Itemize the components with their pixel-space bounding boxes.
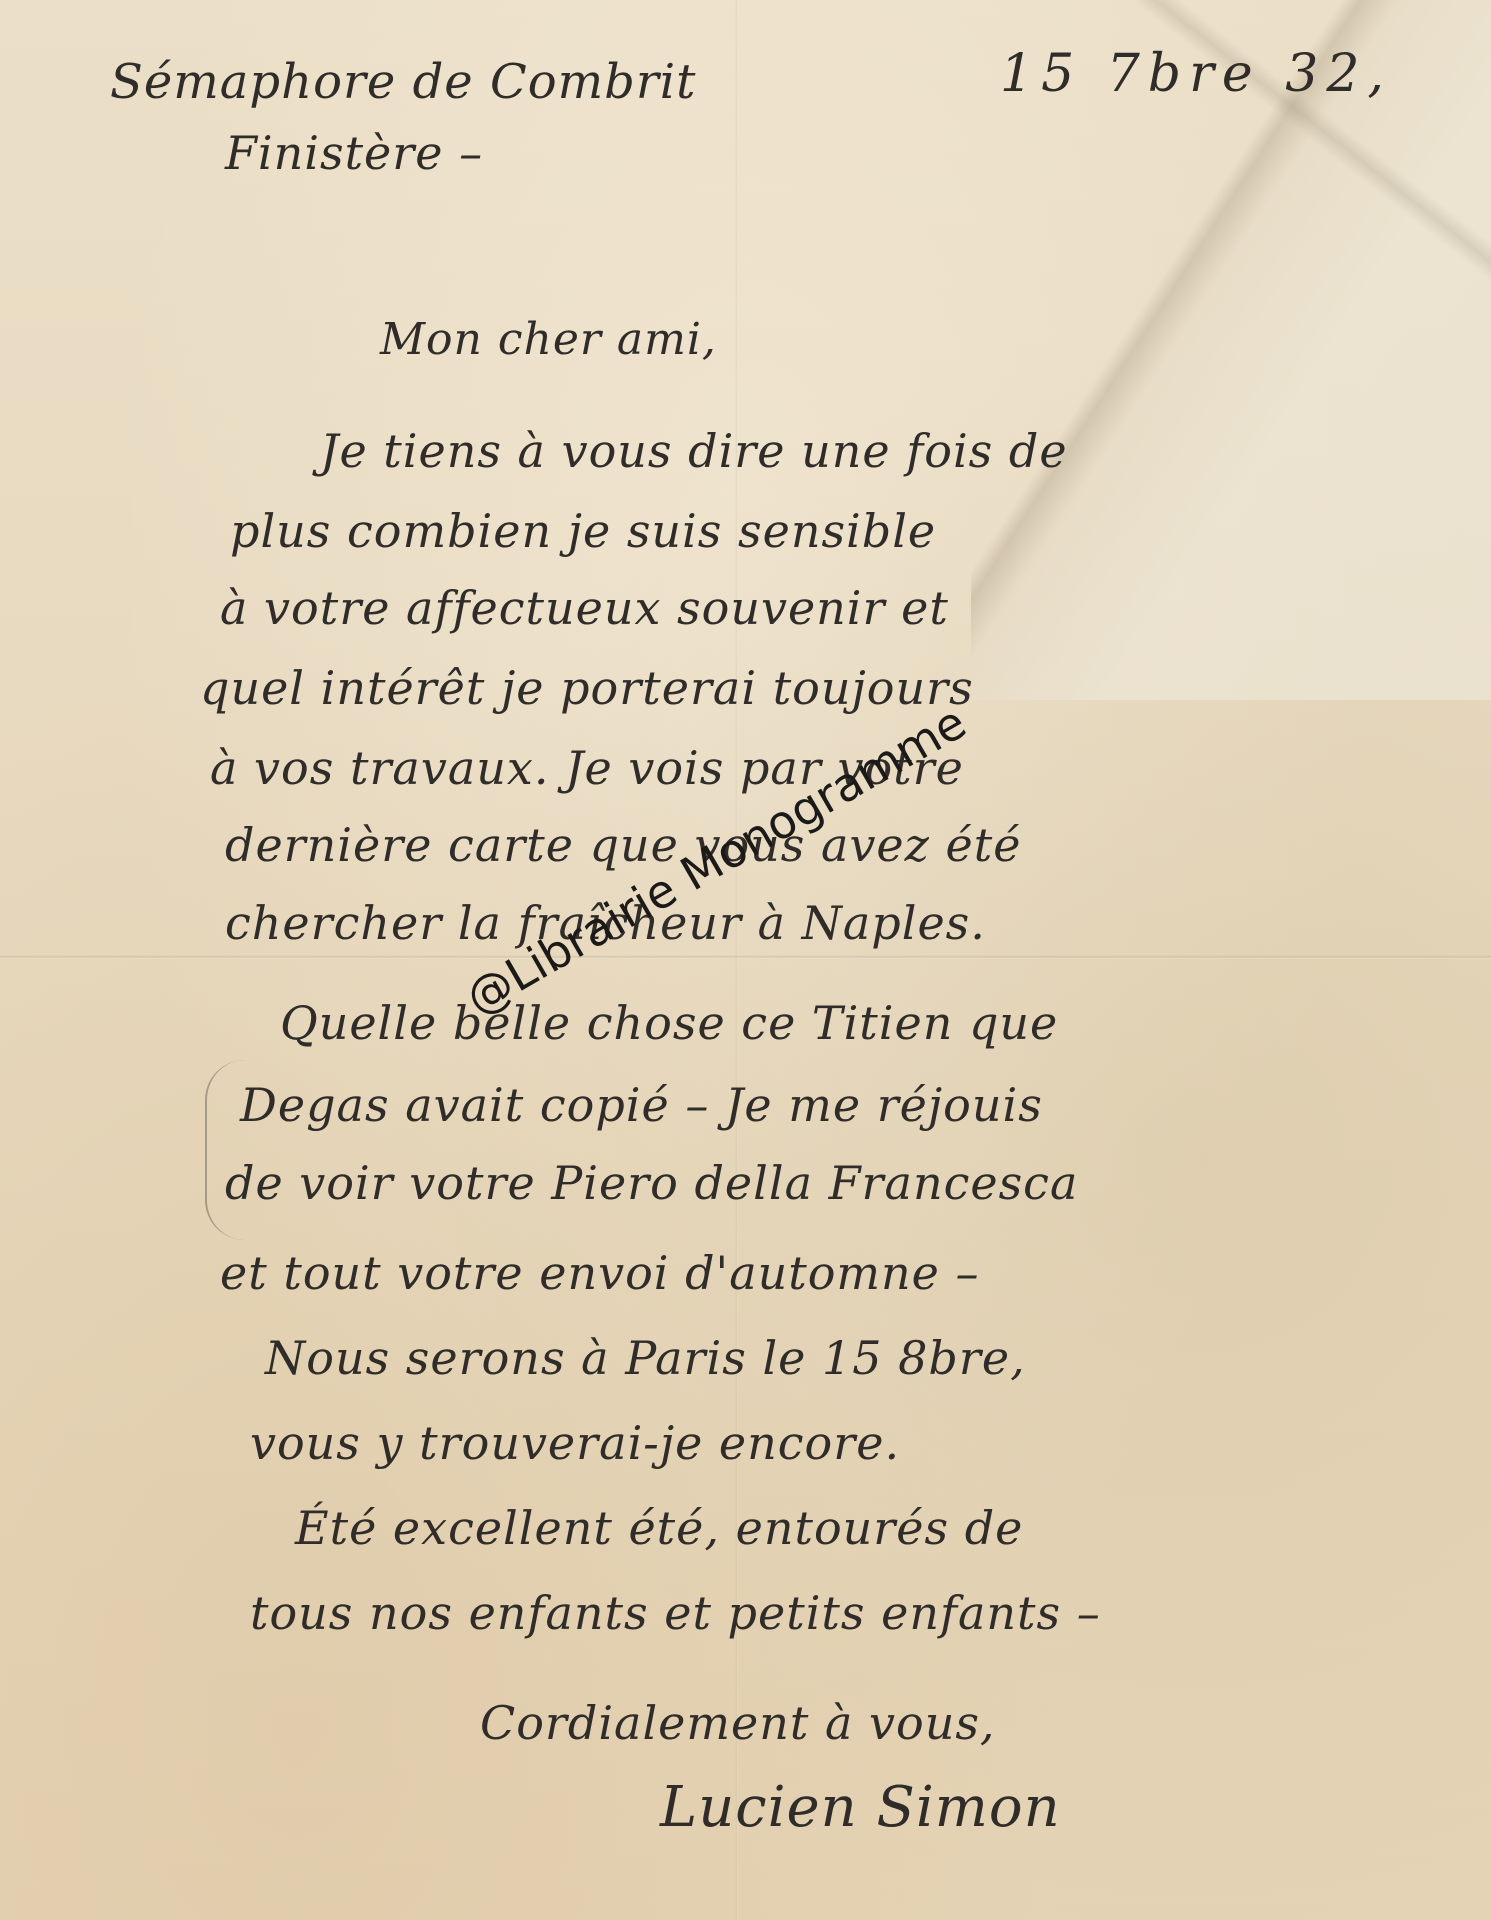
letterhead-region: Finistère –: [225, 130, 483, 176]
letter-date: 15 7bre 32,: [1000, 48, 1392, 100]
body-line: Je tiens à vous dire une fois de: [320, 428, 1068, 474]
body-line: plus combien je suis sensible: [230, 508, 936, 554]
body-line: dernière carte que vous avez été: [225, 822, 1021, 868]
body-line: de voir votre Piero della Francesca: [225, 1160, 1078, 1206]
body-line: et tout votre envoi d'automne –: [220, 1250, 980, 1296]
signature: Lucien Simon: [660, 1780, 1061, 1836]
body-line: Été excellent été, entourés de: [295, 1505, 1023, 1551]
salutation: Mon cher ami,: [380, 318, 717, 362]
closing-line: Cordialement à vous,: [480, 1700, 996, 1746]
body-line: vous y trouverai-je encore.: [250, 1420, 900, 1466]
horizontal-fold-crease: [0, 955, 1491, 959]
margin-pencil-bracket: [205, 1060, 247, 1240]
letterhead-place: Sémaphore de Combrit: [110, 58, 696, 106]
body-line: à votre affectueux souvenir et: [220, 585, 949, 631]
body-line: Nous serons à Paris le 15 8bre,: [265, 1335, 1026, 1381]
body-line: Degas avait copié – Je me réjouis: [240, 1082, 1043, 1128]
body-line: tous nos enfants et petits enfants –: [250, 1590, 1101, 1636]
body-line: Quelle belle chose ce Titien que: [280, 1000, 1058, 1046]
body-line: quel intérêt je porterai toujours: [200, 665, 974, 711]
